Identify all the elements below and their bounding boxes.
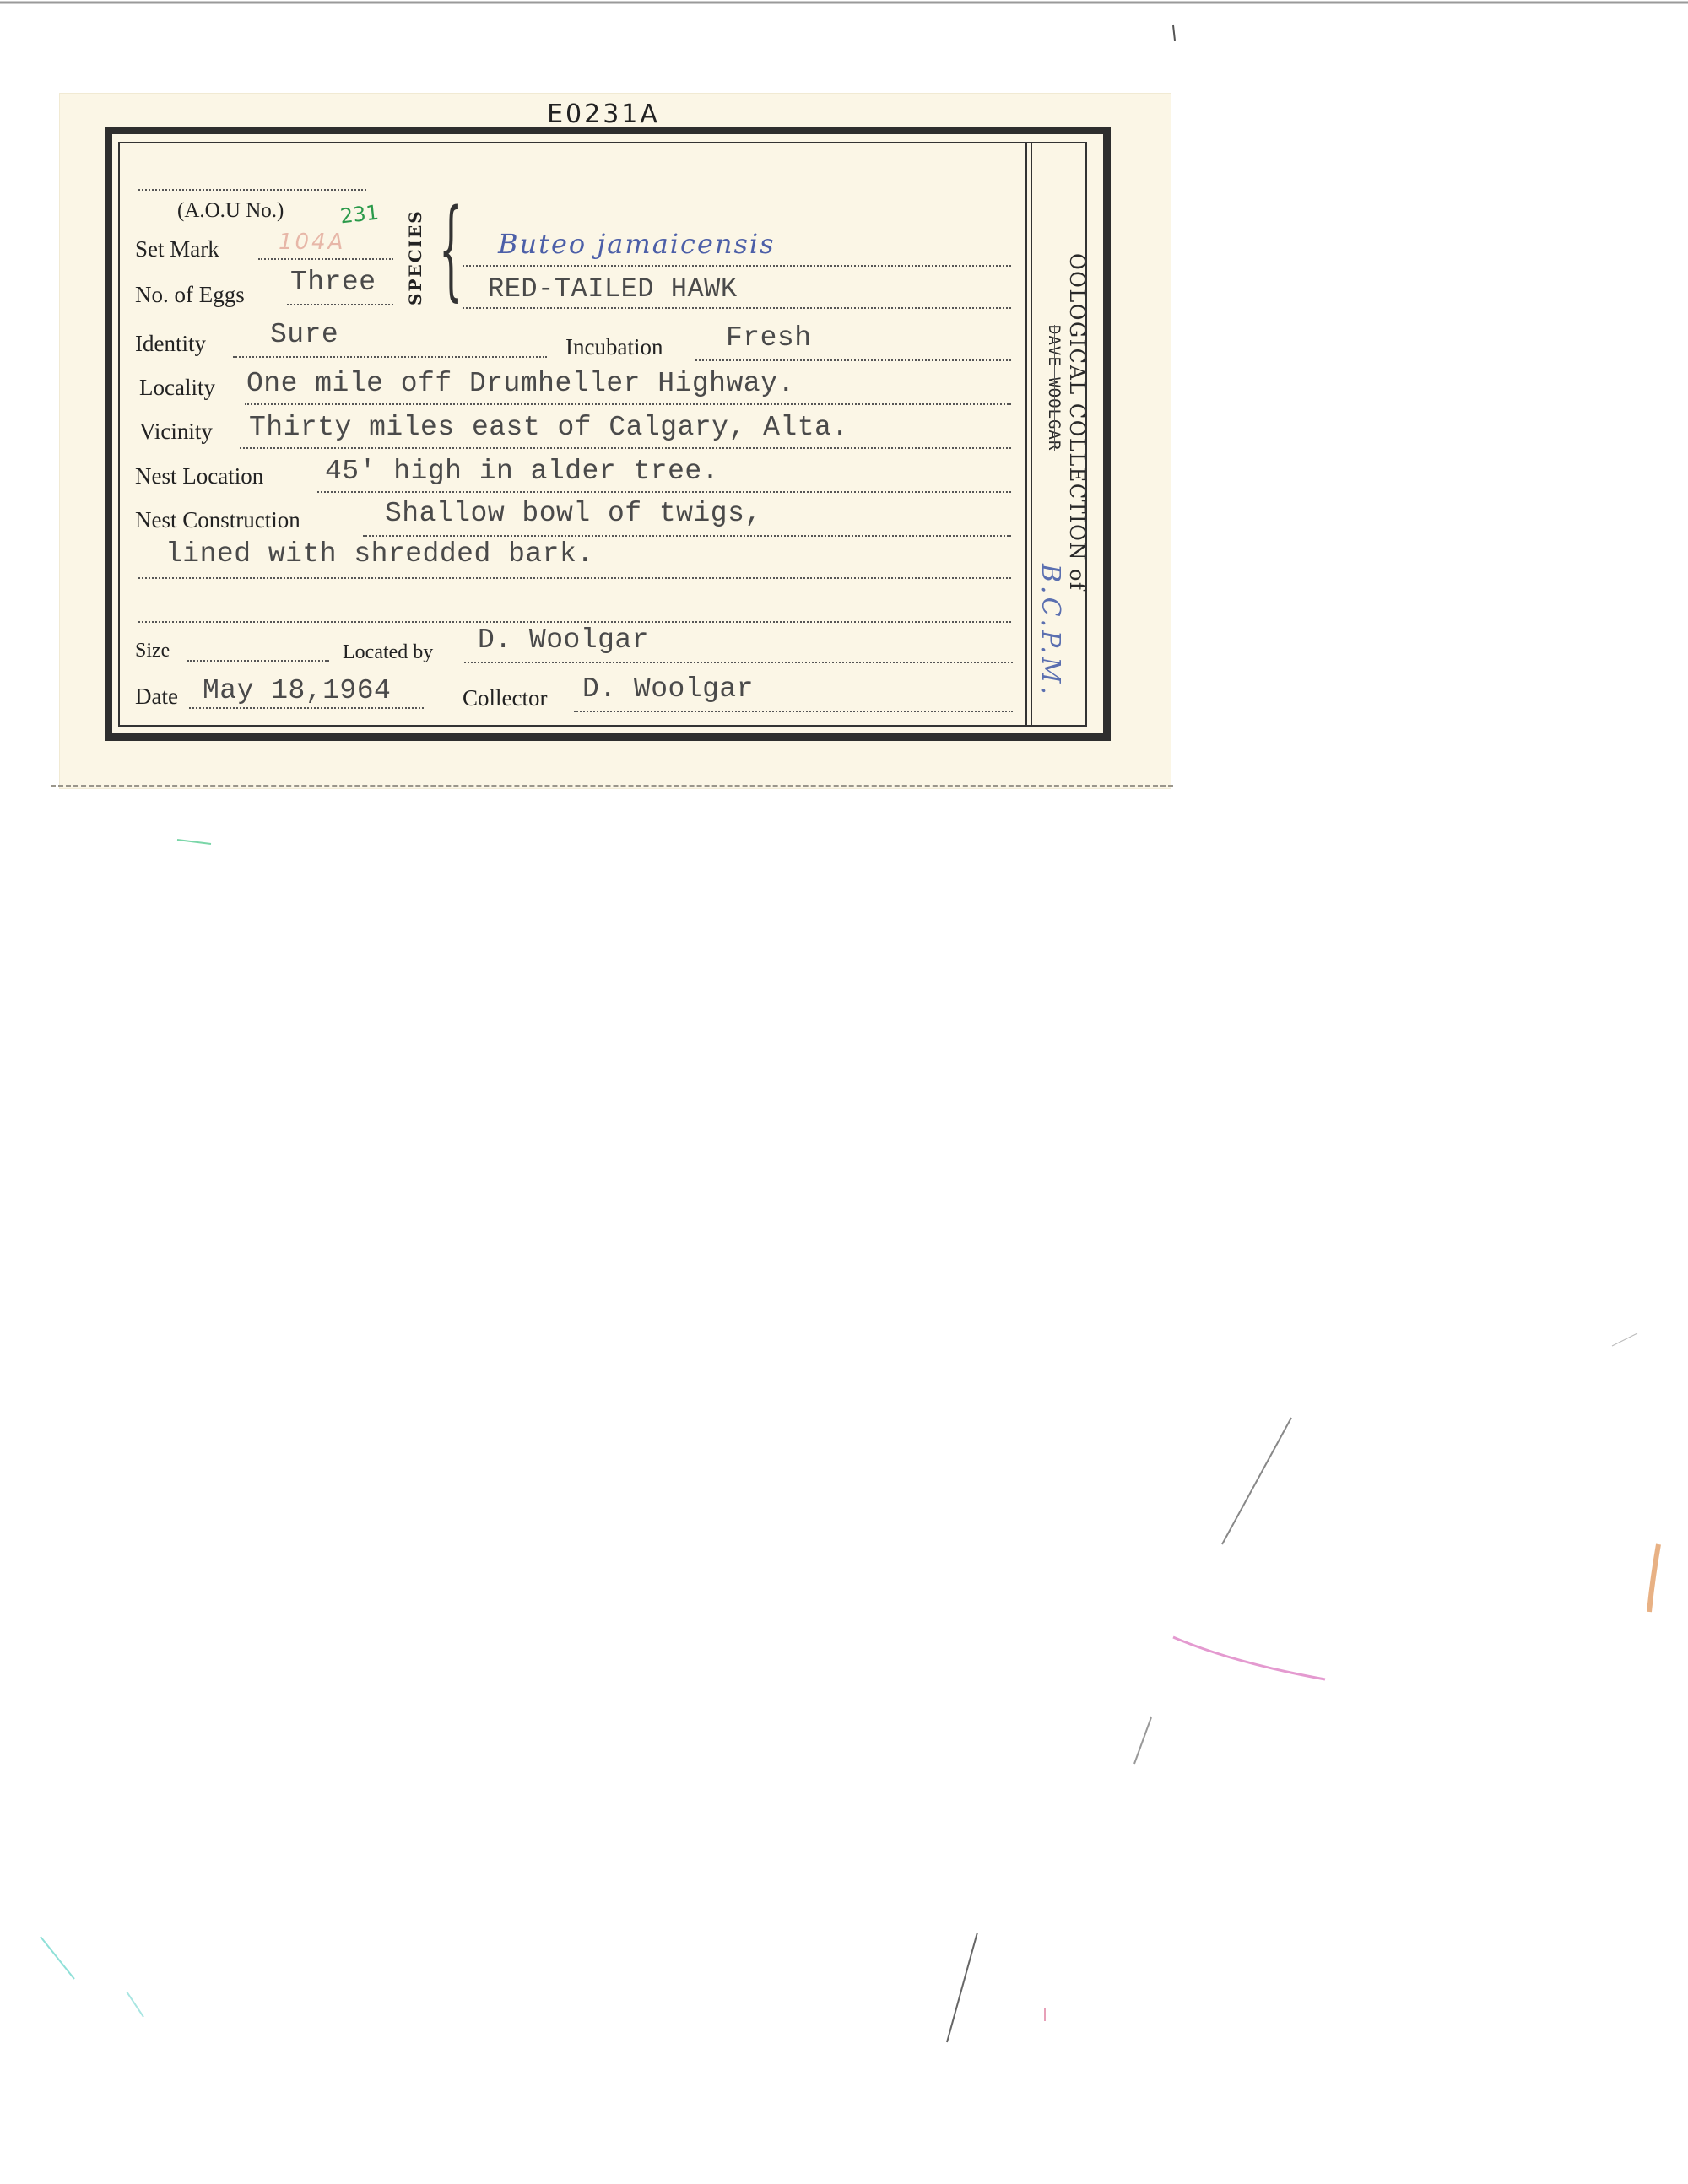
collection-owner-struck: DAVE WOOLGAR bbox=[1045, 325, 1063, 451]
species-scientific-line bbox=[463, 265, 1011, 267]
aou-label: (A.O.U No.) bbox=[177, 199, 284, 223]
locality-value: One mile off Drumheller Highway. bbox=[246, 368, 795, 399]
set-mark-value: 104A bbox=[279, 230, 345, 255]
collection-title: OOLOGICAL COLLECTION of bbox=[1065, 253, 1089, 591]
incubation-label: Incubation bbox=[565, 334, 663, 360]
nest-location-line bbox=[317, 491, 1011, 493]
sidebar-divider bbox=[1025, 143, 1032, 726]
locality-line bbox=[245, 403, 1011, 405]
nest-construction-value-2: lined with shredded bark. bbox=[165, 538, 594, 570]
locality-label: Locality bbox=[139, 375, 215, 401]
eggs-value: Three bbox=[290, 267, 376, 298]
incubation-line bbox=[695, 359, 1011, 361]
incubation-value: Fresh bbox=[726, 322, 812, 354]
set-mark-label: Set Mark bbox=[135, 236, 219, 262]
collection-owner-handwritten: B.C.P.M. bbox=[1036, 564, 1065, 698]
nest-construction-line-2 bbox=[138, 577, 1011, 579]
nest-construction-label: Nest Construction bbox=[135, 507, 300, 533]
identity-line bbox=[233, 356, 547, 358]
vicinity-value: Thirty miles east of Calgary, Alta. bbox=[249, 412, 849, 443]
species-brace: { bbox=[439, 196, 463, 304]
perforation-line bbox=[51, 785, 1173, 787]
date-line bbox=[189, 707, 424, 709]
identity-value: Sure bbox=[270, 319, 338, 350]
collector-line bbox=[574, 711, 1013, 712]
vicinity-line bbox=[240, 447, 1011, 449]
located-by-label: Located by bbox=[343, 641, 433, 664]
size-line bbox=[187, 660, 329, 662]
eggs-label: No. of Eggs bbox=[135, 282, 245, 308]
nest-construction-value: Shallow bowl of twigs, bbox=[385, 498, 762, 529]
blank-line bbox=[138, 621, 1011, 623]
catalog-number: E0231A bbox=[523, 100, 684, 129]
nest-location-label: Nest Location bbox=[135, 463, 263, 489]
aou-dotted-line bbox=[138, 189, 366, 191]
aou-value: 231 bbox=[339, 201, 380, 229]
located-by-value: D. Woolgar bbox=[478, 624, 649, 656]
species-label: SPECIES bbox=[405, 209, 425, 305]
eggs-line bbox=[287, 304, 393, 305]
identity-label: Identity bbox=[135, 331, 206, 357]
nest-construction-line bbox=[363, 535, 1011, 537]
collector-value: D. Woolgar bbox=[582, 673, 754, 705]
species-scientific: Buteo jamaicensis bbox=[498, 228, 776, 260]
set-mark-line bbox=[258, 258, 393, 260]
vicinity-label: Vicinity bbox=[139, 419, 213, 445]
species-common: RED-TAILED HAWK bbox=[488, 273, 738, 305]
size-label: Size bbox=[135, 640, 170, 662]
located-by-line bbox=[464, 662, 1013, 663]
species-common-line bbox=[463, 307, 1011, 309]
date-label: Date bbox=[135, 684, 178, 710]
collector-label: Collector bbox=[463, 685, 547, 711]
nest-location-value: 45' high in alder tree. bbox=[325, 456, 719, 487]
date-value: May 18,1964 bbox=[203, 675, 391, 706]
